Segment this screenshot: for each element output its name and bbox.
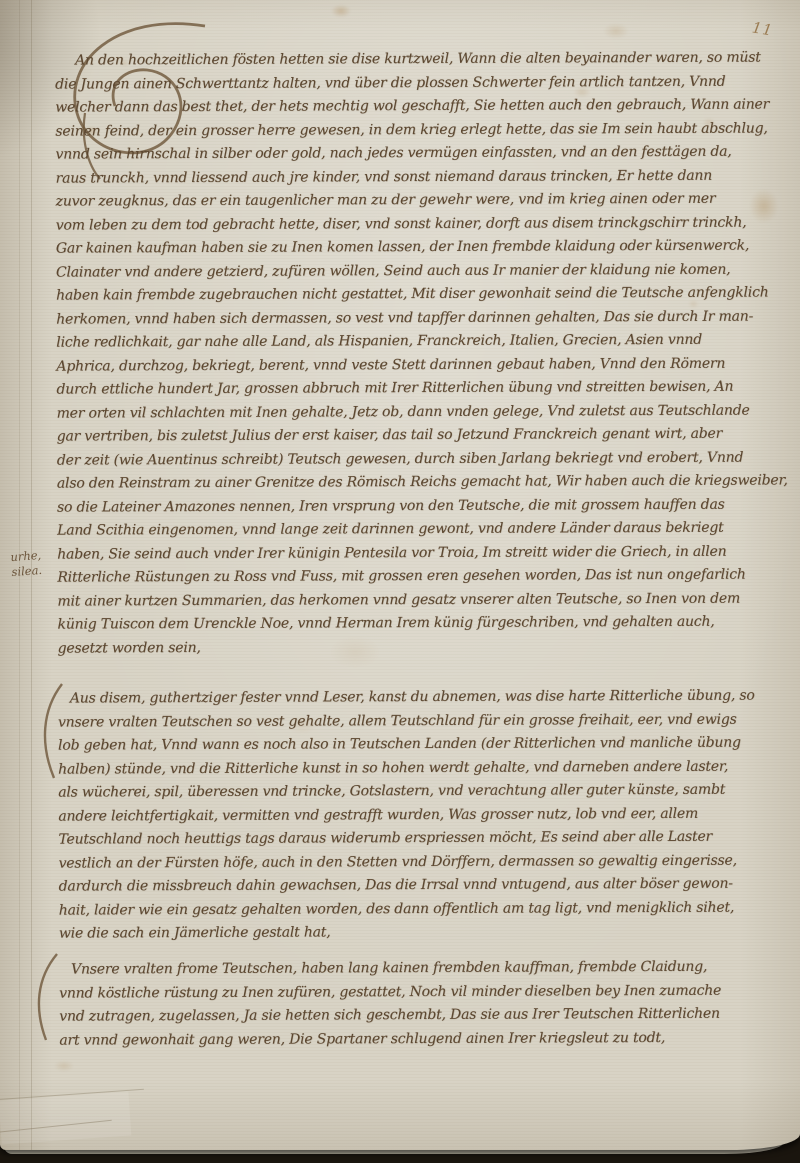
text-line: Aphrica, durchzog, bekriegt, berent, vnn… <box>56 352 787 379</box>
text-line: seinen feind, der ein grosser herre gewe… <box>55 117 786 144</box>
text-line: vnnd köstliche rüstung zu Inen zufüren, … <box>59 979 721 1005</box>
text-line: lob geben hat, Vnnd wann es noch also in… <box>58 732 755 759</box>
text-line: herkomen, vnnd haben sich dermassen, so … <box>56 305 787 332</box>
text-line: künig Tuiscon dem Urenckle Noe, vnnd Her… <box>57 610 788 637</box>
text-line: Vnsere vralten frome Teutschen, haben la… <box>59 956 721 982</box>
text-line: liche redlichkait, gar nahe alle Land, a… <box>56 328 787 355</box>
text-line: gar vertriben, bis zuletst Julius der er… <box>57 422 788 449</box>
text-line: andere leichtfertigkait, vermitten vnd g… <box>58 802 755 829</box>
text-line: welcher dann das best thet, der hets mec… <box>55 93 786 120</box>
paragraph-initial-swash <box>32 950 60 1044</box>
text-line: Ritterliche Rüstungen zu Ross vnd Fuss, … <box>57 563 788 590</box>
page-corner-edge <box>0 1092 131 1145</box>
paragraph-3: Vnsere vralten frome Teutschen, haben la… <box>59 956 721 1053</box>
text-line: mit ainer kurtzen Summarien, das herkome… <box>57 587 788 614</box>
margin-note: urhe, silea. <box>10 548 43 580</box>
text-line: Aus disem, guthertziger fester vnnd Lese… <box>58 685 755 712</box>
text-line: zuvor zeugknus, das er ein taugenlicher … <box>56 187 787 214</box>
text-line: raus trunckh, vnnd liessend auch jre kin… <box>56 164 787 191</box>
text-line: vnsere vralten Teutschen so vest gehalte… <box>58 708 755 735</box>
text-line: als wücherei, spil, überessen vnd trinck… <box>58 779 755 806</box>
text-line: haben kain frembde zugebrauchen nicht ge… <box>56 281 787 308</box>
text-line: die Jungen ainen Schwerttantz halten, vn… <box>55 70 786 97</box>
text-line: wie die sach ein Jämerliche gestalt hat, <box>59 920 756 947</box>
text-line: halben) stünde, vnd die Ritterliche kuns… <box>58 755 755 782</box>
foxing-spot <box>327 2 355 20</box>
text-line: art vnnd gewonhait gang weren, Die Spart… <box>59 1026 721 1052</box>
manuscript-page: 11 urhe, silea. An den hochzeitlichen fö… <box>0 0 800 1150</box>
text-line: Teutschland noch heuttigs tags daraus wi… <box>58 826 755 853</box>
foxing-spot <box>598 20 634 42</box>
text-line: Gar kainen kaufman haben sie zu Inen kom… <box>56 234 787 261</box>
margin-note-line: silea. <box>11 563 43 580</box>
text-line: vnd zutragen, zugelassen, Ja sie hetten … <box>59 1003 721 1029</box>
text-line: Land Scithia eingenomen, vnnd lange zeit… <box>57 516 788 543</box>
text-line: hait, laider wie ein gesatz gehalten wor… <box>59 896 756 923</box>
foxing-spot <box>50 1058 78 1074</box>
text-line: gesetzt worden sein, <box>58 634 789 661</box>
text-line: haben, Sie seind auch vnder Irer künigin… <box>57 540 788 567</box>
text-line: vestlich an der Fürsten höfe, auch in de… <box>59 849 756 876</box>
text-line: vom leben zu dem tod gebracht hette, dis… <box>56 211 787 238</box>
folio-number: 11 <box>751 18 775 39</box>
text-line: so die Lateiner Amazones nennen, Iren vr… <box>57 493 788 520</box>
text-line: vnnd sein hirnschal in silber oder gold,… <box>55 140 786 167</box>
text-line: der zeit (wie Auentinus schreibt) Teutsc… <box>57 446 788 473</box>
text-line: durch ettliche hundert Jar, grossen abbr… <box>56 375 787 402</box>
book-photo: 11 urhe, silea. An den hochzeitlichen fö… <box>0 0 800 1163</box>
text-line: mer orten vil schlachten mit Inen gehalt… <box>57 399 788 426</box>
paragraph-2: Aus disem, guthertziger fester vnnd Lese… <box>58 685 756 947</box>
text-line: An den hochzeitlichen fösten hetten sie … <box>55 46 786 73</box>
text-line: Clainater vnd andere getzierd, zufüren w… <box>56 258 787 285</box>
text-line: also den Reinstram zu ainer Grenitze des… <box>57 469 788 496</box>
text-line: dardurch die missbreuch dahin gewachsen,… <box>59 873 756 900</box>
paragraph-1: An den hochzeitlichen fösten hetten sie … <box>55 46 788 660</box>
